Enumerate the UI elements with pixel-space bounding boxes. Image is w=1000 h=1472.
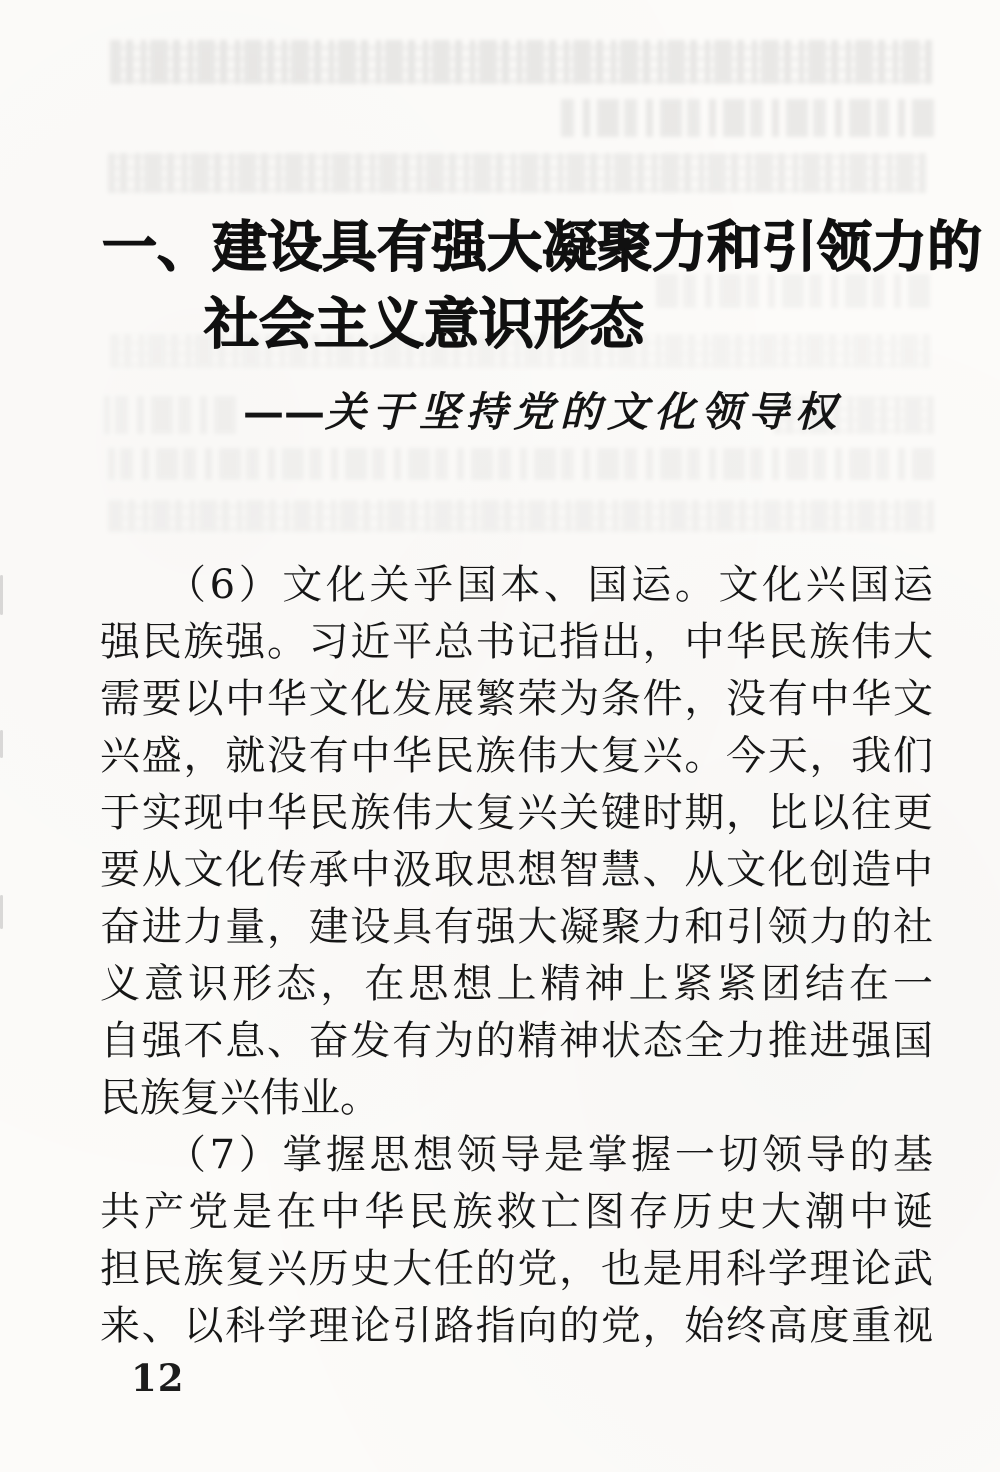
body-line: 要从文化传承中汲取思想智慧、从文化创造中凝聚	[100, 842, 933, 899]
body-line: 共产党是在中华民族救亡图存历史大潮中诞生、勇	[100, 1184, 933, 1241]
bleed-through-line	[108, 448, 934, 480]
bleed-through-line	[110, 40, 932, 84]
chapter-title-line1: 一、建设具有强大凝聚力和引领力的	[102, 220, 982, 275]
scan-artifact	[0, 575, 3, 615]
subtitle-text: 关于坚持党的文化领导权	[325, 388, 842, 436]
body-line: 来、以科学理论引路指向的党，始终高度重视以先	[100, 1298, 933, 1355]
body-line: 兴盛，就没有中华民族伟大复兴。今天，我们正处	[100, 728, 933, 785]
body-line: 义意识形态，在思想上精神上紧紧团结在一起，以	[100, 956, 933, 1013]
body-line: （7）掌握思想领导是掌握一切领导的基础。中国	[100, 1127, 933, 1184]
body-line: 于实现中华民族伟大复兴关键时期，比以往更加需	[100, 785, 933, 842]
body-line: （6）文化关乎国本、国运。文化兴国运兴，文化	[100, 557, 933, 614]
body-line: 民族复兴伟业。	[100, 1070, 933, 1127]
body-line: 强民族强。习近平总书记指出，中华民族伟大复兴	[100, 614, 933, 671]
body-line: 奋进力量，建设具有强大凝聚力和引领力的社会主	[100, 899, 933, 956]
bleed-through-line	[108, 500, 934, 532]
page-number: 12	[131, 1356, 185, 1400]
scan-artifact	[0, 730, 3, 758]
body-text: （6）文化关乎国本、国运。文化兴国运兴，文化 强民族强。习近平总书记指出，中华民…	[100, 557, 933, 1355]
subtitle-em-dash: ——	[243, 388, 325, 436]
bleed-through-line	[108, 153, 926, 193]
chapter-subtitle: ——关于坚持党的文化领导权	[243, 392, 842, 433]
body-line: 自强不息、奋发有为的精神状态全力推进强国建设、	[100, 1013, 933, 1070]
chapter-title-line2: 社会主义意识形态	[204, 297, 644, 352]
body-line: 担民族复兴历史大任的党，也是用科学理论武装起	[100, 1241, 933, 1298]
body-line: 需要以中华文化发展繁荣为条件，没有中华文化繁荣	[100, 671, 933, 728]
bleed-through-line	[650, 274, 930, 308]
scan-artifact	[0, 895, 3, 929]
scanned-book-page: 一、建设具有强大凝聚力和引领力的 社会主义意识形态 ——关于坚持党的文化领导权 …	[0, 0, 1000, 1472]
bleed-through-line	[104, 396, 236, 434]
bleed-through-line	[556, 99, 934, 137]
